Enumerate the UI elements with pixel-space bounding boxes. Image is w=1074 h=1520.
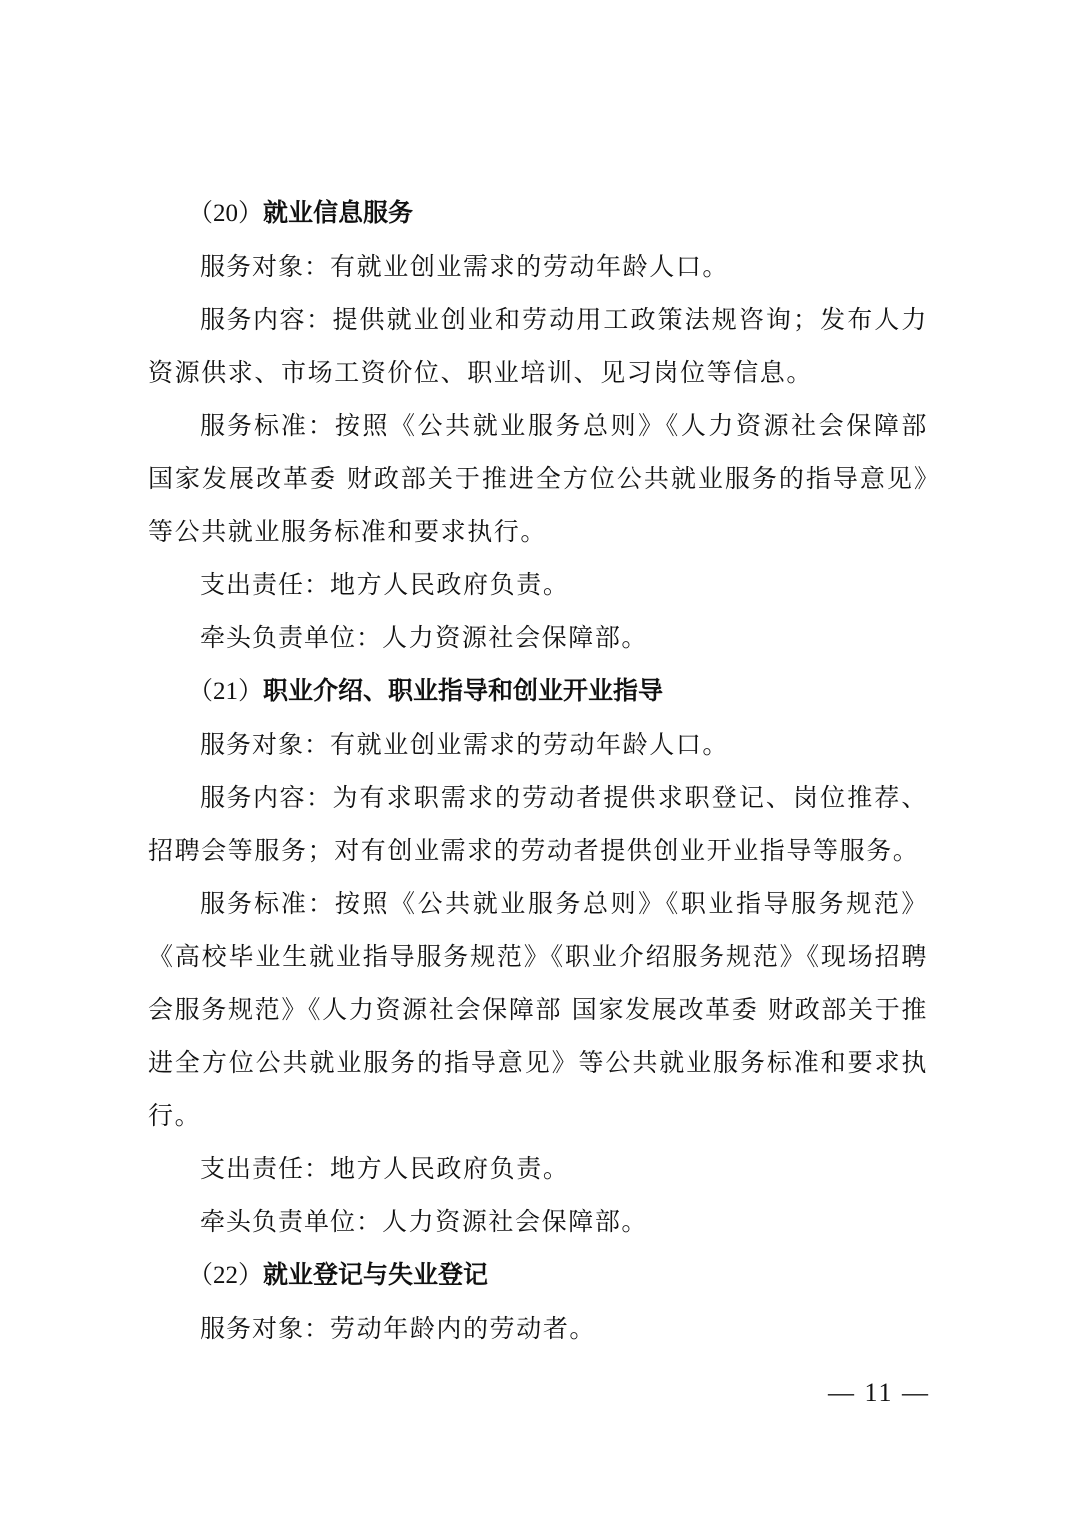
paragraph-label: 服务标准： [200, 889, 335, 918]
section-number: （21） [188, 678, 263, 705]
paragraph-label: 服务对象： [200, 252, 330, 281]
page-number: — 11 — [828, 1378, 930, 1408]
paragraph-service-target: 服务对象：劳动年龄内的劳动者。 [148, 1302, 928, 1355]
section-number: （20） [188, 200, 263, 227]
paragraph-expenditure: 支出责任：地方人民政府负责。 [148, 1142, 928, 1195]
paragraph-label: 牵头负责单位： [200, 623, 382, 652]
section-title: 就业登记与失业登记 [263, 1260, 488, 1289]
paragraph-lead-unit: 牵头负责单位：人力资源社会保障部。 [148, 611, 928, 664]
paragraph-label: 服务标准： [200, 411, 335, 440]
section-heading-22: （22）就业登记与失业登记 [148, 1248, 928, 1302]
paragraph-service-content: 服务内容：为有求职需求的劳动者提供求职登记、岗位推荐、招聘会等服务；对有创业需求… [148, 771, 928, 877]
paragraph-text: 人力资源社会保障部。 [382, 1207, 648, 1236]
paragraph-label: 服务对象： [200, 730, 330, 759]
paragraph-text: 人力资源社会保障部。 [382, 623, 648, 652]
section-heading-20: （20）就业信息服务 [148, 186, 928, 240]
paragraph-label: 服务内容： [200, 305, 332, 334]
paragraph-service-target: 服务对象：有就业创业需求的劳动年龄人口。 [148, 240, 928, 293]
paragraph-label: 服务对象： [200, 1314, 330, 1343]
paragraph-lead-unit: 牵头负责单位：人力资源社会保障部。 [148, 1195, 928, 1248]
paragraph-text: 按照《公共就业服务总则》《职业指导服务规范》《高校毕业生就业指导服务规范》《职业… [148, 889, 928, 1130]
section-heading-21: （21）职业介绍、职业指导和创业开业指导 [148, 664, 928, 718]
paragraph-label: 支出责任： [200, 570, 330, 599]
paragraph-text: 有就业创业需求的劳动年龄人口。 [330, 252, 729, 281]
section-number: （22） [188, 1262, 263, 1289]
paragraph-text: 有就业创业需求的劳动年龄人口。 [330, 730, 729, 759]
paragraph-service-standard: 服务标准：按照《公共就业服务总则》《职业指导服务规范》《高校毕业生就业指导服务规… [148, 877, 928, 1142]
document-page: （20）就业信息服务 服务对象：有就业创业需求的劳动年龄人口。 服务内容：提供就… [148, 186, 928, 1355]
paragraph-text: 地方人民政府负责。 [330, 1154, 569, 1183]
paragraph-label: 牵头负责单位： [200, 1207, 382, 1236]
section-title: 职业介绍、职业指导和创业开业指导 [263, 676, 663, 705]
section-title: 就业信息服务 [263, 198, 413, 227]
paragraph-service-target: 服务对象：有就业创业需求的劳动年龄人口。 [148, 718, 928, 771]
paragraph-expenditure: 支出责任：地方人民政府负责。 [148, 558, 928, 611]
paragraph-service-content: 服务内容：提供就业创业和劳动用工政策法规咨询；发布人力资源供求、市场工资价位、职… [148, 293, 928, 399]
paragraph-text: 地方人民政府负责。 [330, 570, 569, 599]
paragraph-label: 服务内容： [200, 783, 332, 812]
paragraph-label: 支出责任： [200, 1154, 330, 1183]
paragraph-service-standard: 服务标准：按照《公共就业服务总则》《人力资源社会保障部 国家发展改革委 财政部关… [148, 399, 928, 558]
paragraph-text: 劳动年龄内的劳动者。 [330, 1314, 596, 1343]
